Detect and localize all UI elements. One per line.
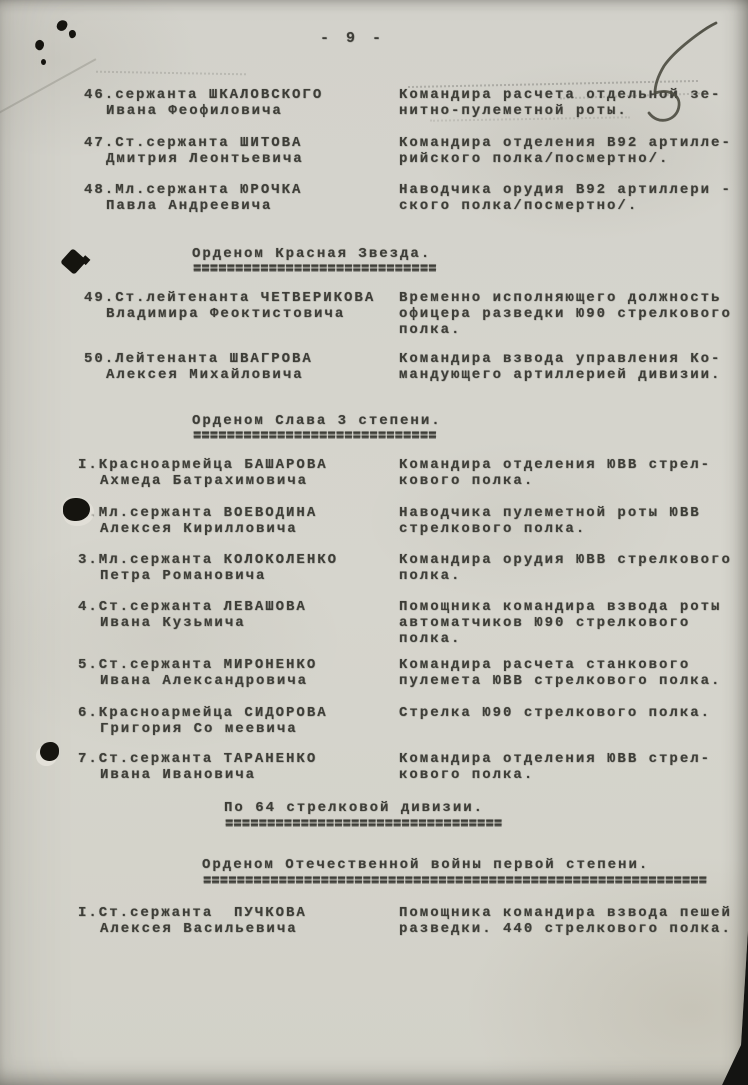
entry-patronymic: Ивана Кузьмича <box>78 615 307 631</box>
entry-name: 47.Ст.сержанта ШИТОВА <box>84 135 304 151</box>
entry-citation: Командира взвода управления Ко- мандующе… <box>399 351 745 383</box>
section-title-patriotic-war: Орденом Отечественной войны первой степе… <box>202 857 649 873</box>
entry-name: 3.Мл.сержанта КОЛОКОЛЕНКО <box>78 552 338 568</box>
entry-name: I.Ст.сержанта ПУЧКОВА <box>78 905 307 921</box>
entry-patronymic: Алексея Михайловича <box>84 367 313 383</box>
entry-patronymic: Ивана Феофиловича <box>84 103 323 119</box>
section-title-division-64: По 64 стрелковой дивизии. <box>224 800 484 816</box>
entry-patronymic: Петра Романовича <box>78 568 338 584</box>
entry-name: 4.Ст.сержанта ЛЕВАШОВА <box>78 599 307 615</box>
entry-patronymic: Дмитрия Леонтьевича <box>84 151 304 167</box>
section-title-slava-3: Орденом Слава 3 степени. <box>192 413 442 429</box>
entry-citation: Командира отделения ЮВВ стрел- кового по… <box>399 457 745 489</box>
entry-citation: Помощника командира взвода роты автоматч… <box>399 599 745 647</box>
entry-name: 7.Ст.сержанта ТАРАНЕНКО <box>78 751 317 767</box>
section-underline: ========================================… <box>203 873 707 889</box>
typewritten-text-layer: - 9 - 46.сержанта ШКАЛОВСКОГО Ивана Феоф… <box>0 0 748 1085</box>
section-underline: ================================= <box>225 816 502 832</box>
entry-name: 2.Мл.сержанта ВОЕВОДИНА <box>78 505 317 521</box>
entry-patronymic: Алексея Кирилловича <box>78 521 317 537</box>
paper-sheet: - 9 - 46.сержанта ШКАЛОВСКОГО Ивана Феоф… <box>0 0 748 1085</box>
entry-citation: Временно исполняющего должность офицера … <box>399 290 745 338</box>
handwritten-five-mark <box>640 16 724 128</box>
entry-citation: Стрелка Ю90 стрелкового полка. <box>399 705 745 721</box>
entry-name: 5.Ст.сержанта МИРОНЕНКО <box>78 657 317 673</box>
scanned-document: - 9 - 46.сержанта ШКАЛОВСКОГО Ивана Феоф… <box>0 0 748 1085</box>
entry-patronymic: Владимира Феоктистовича <box>84 306 375 322</box>
section-underline: ============================= <box>193 428 437 444</box>
entry-patronymic: Ивана Александровича <box>78 673 317 689</box>
entry-citation: Командира орудия ЮВВ стрелкового полка. <box>399 552 745 584</box>
punch-hole-blot <box>40 742 59 761</box>
entry-patronymic: Ивана Ивановича <box>78 767 317 783</box>
section-title-red-star: Орденом Красная Звезда. <box>192 246 431 262</box>
ink-spot <box>41 59 46 65</box>
entry-name: 48.Мл.сержанта ЮРОЧКА <box>84 182 302 198</box>
entry-name: I.Красноармейца БАШАРОВА <box>78 457 328 473</box>
entry-patronymic: Алексея Васильевича <box>78 921 307 937</box>
entry-citation: Наводчика орудия В92 артиллери - ского п… <box>399 182 745 214</box>
entry-name: 50.Лейтенанта ШВАГРОВА <box>84 351 313 367</box>
entry-citation: Наводчика пулеметной роты ЮВВ стрелковог… <box>399 505 745 537</box>
entry-name: 49.Ст.лейтенанта ЧЕТВЕРИКОВА <box>84 290 375 306</box>
entry-patronymic: Павла Андреевича <box>84 198 302 214</box>
entry-patronymic: Григория Со меевича <box>78 721 328 737</box>
entry-citation: Командира отделения В92 артилле- рийског… <box>399 135 745 167</box>
entry-name: 6.Красноармейца СИДОРОВА <box>78 705 328 721</box>
entry-citation: Командира расчета станкового пулемета ЮВ… <box>399 657 745 689</box>
page-number: - 9 - <box>320 31 385 47</box>
entry-citation: Помощника командира взвода пешей разведк… <box>399 905 745 937</box>
entry-citation: Командира отделения ЮВВ стрел- кового по… <box>399 751 745 783</box>
section-underline: ============================= <box>193 261 437 277</box>
entry-patronymic: Ахмеда Батрахимовича <box>78 473 328 489</box>
entry-name: 46.сержанта ШКАЛОВСКОГО <box>84 87 323 103</box>
